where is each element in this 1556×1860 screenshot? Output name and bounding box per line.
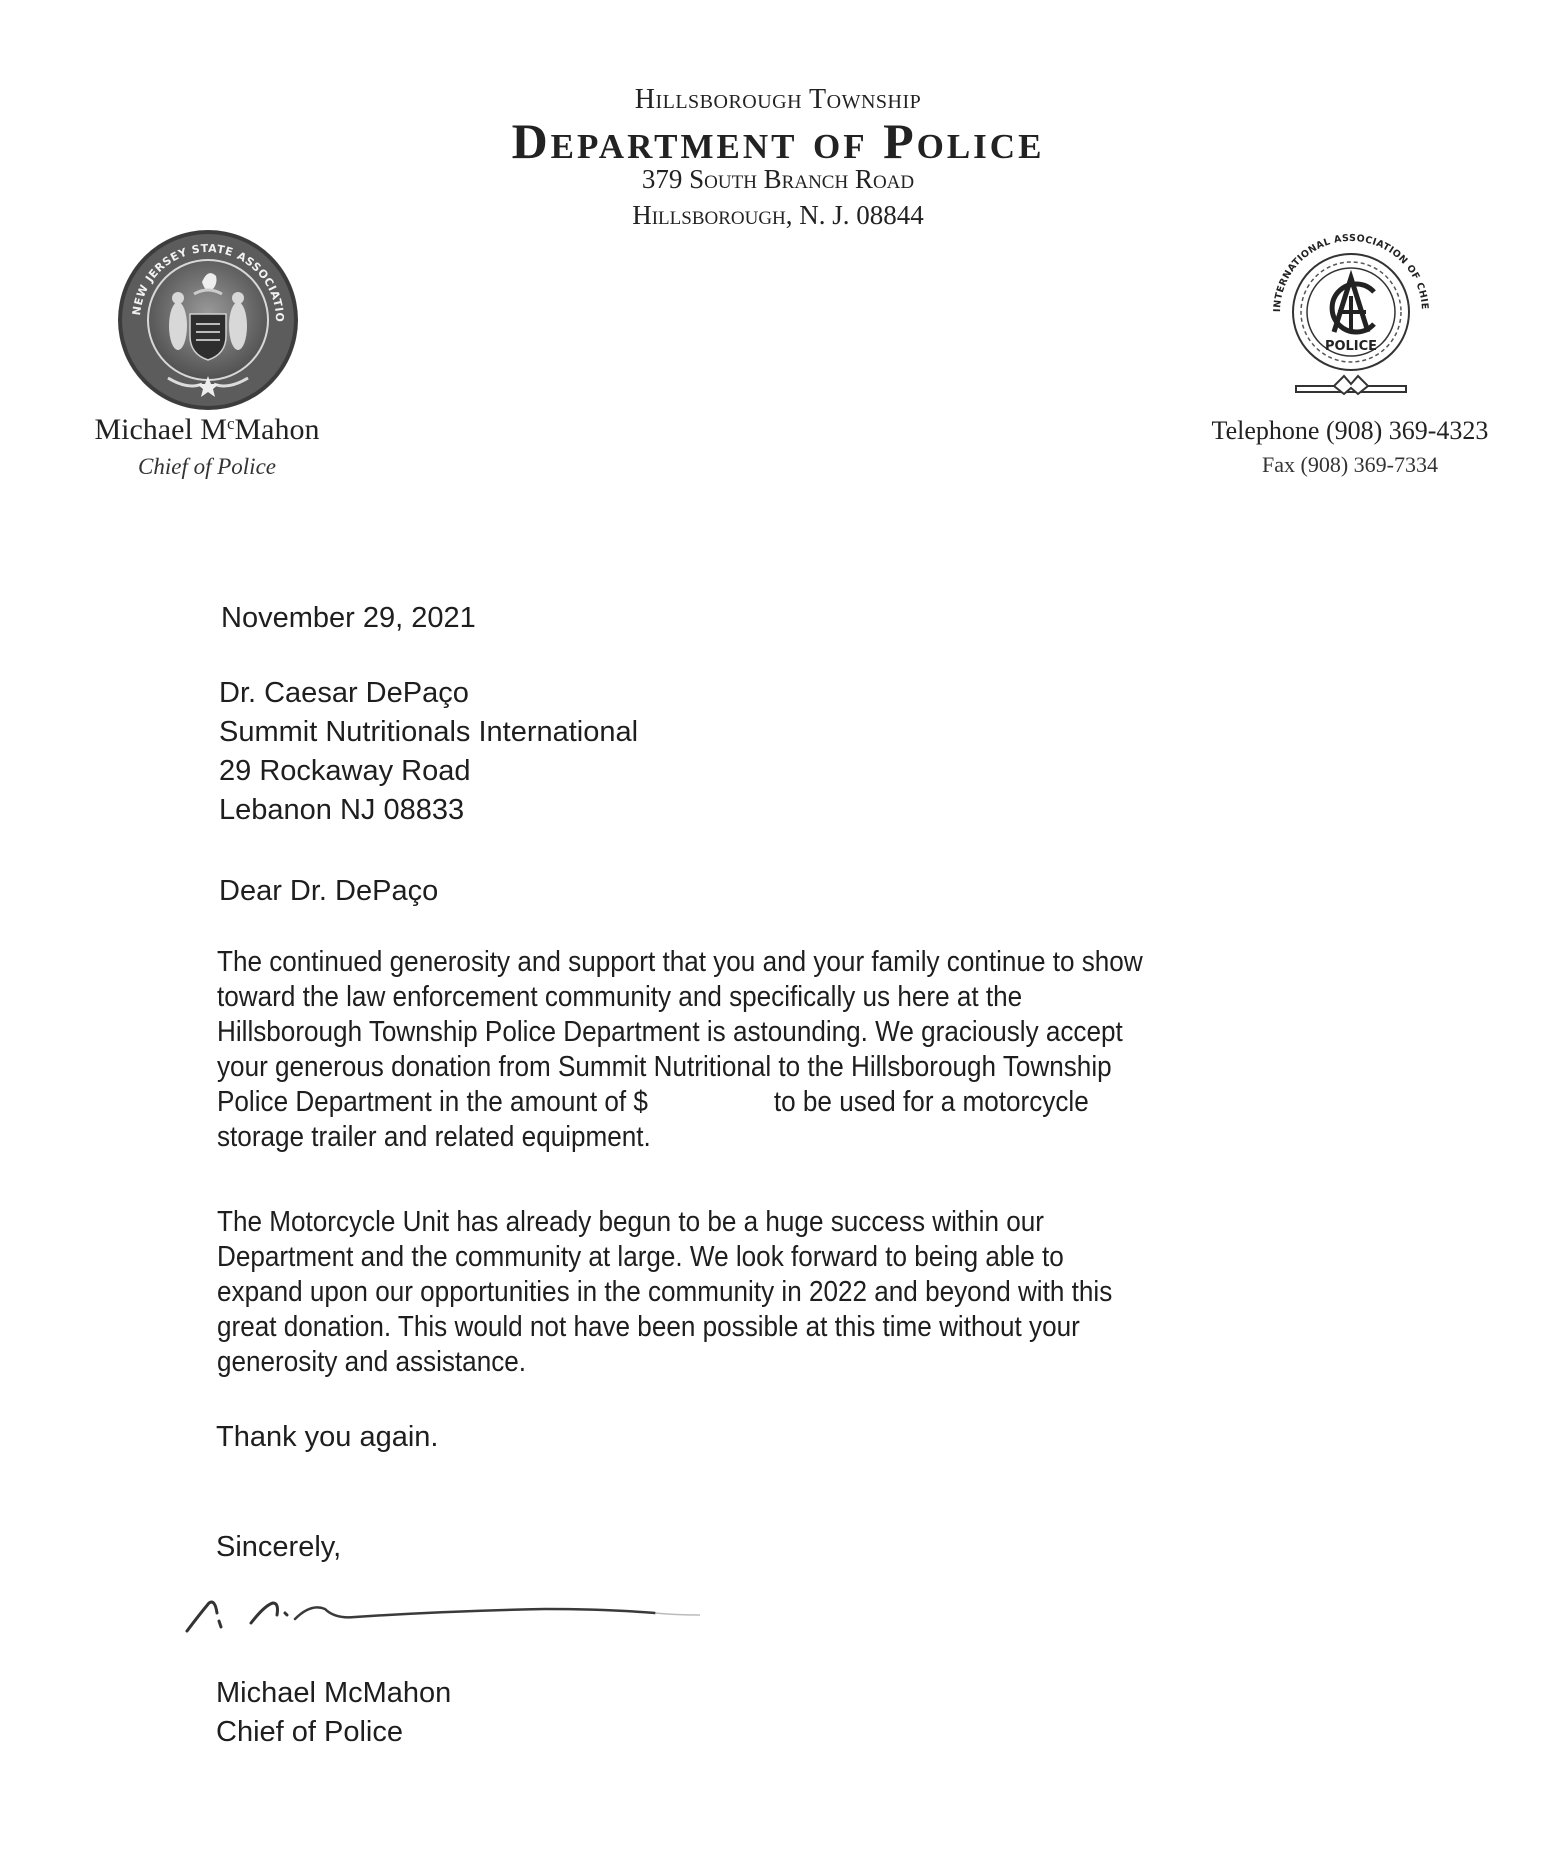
letterhead-fax: Fax (908) 369-7334 (1190, 454, 1510, 476)
paragraph-line: toward the law enforcement community and… (217, 980, 1252, 1015)
recipient-name: Dr. Caesar DePaço (219, 679, 469, 708)
letterhead-department: Department of Police (0, 116, 1556, 166)
signer-name: Michael McMahon (216, 1679, 451, 1708)
paragraph-line: generosity and assistance. (217, 1345, 1252, 1380)
paragraph-line: The Motorcycle Unit has already begun to… (217, 1205, 1252, 1240)
paragraph-line: expand upon our opportunities in the com… (217, 1275, 1252, 1310)
letterhead-address-line2: Hillsborough, N. J. 08844 (0, 202, 1556, 229)
paragraph-line: Police Department in the amount of $to b… (217, 1085, 1252, 1120)
paragraph-donation: The continued generosity and support tha… (217, 945, 1367, 1155)
letterhead-address-line1: 379 South Branch Road (0, 166, 1556, 193)
recipient-company: Summit Nutritionals International (219, 718, 638, 747)
letterhead-township: Hillsborough Township (0, 86, 1556, 114)
signature-icon (185, 1595, 705, 1635)
svg-text:POLICE: POLICE (1325, 339, 1377, 354)
amount-prefix: Police Department in the amount of $ (217, 1086, 648, 1118)
paragraph-line: Department and the community at large. W… (217, 1240, 1252, 1275)
recipient-street: 29 Rockaway Road (219, 757, 470, 786)
letterhead-telephone: Telephone (908) 369-4323 (1190, 418, 1510, 444)
signer-title: Chief of Police (216, 1718, 403, 1747)
thanks-line: Thank you again. (216, 1423, 438, 1452)
paragraph-line: The continued generosity and support tha… (217, 945, 1252, 980)
paragraph-line: storage trailer and related equipment. (217, 1120, 1252, 1155)
salutation: Dear Dr. DePaço (219, 877, 438, 906)
iacp-seal-icon: INTERNATIONAL ASSOCIATION OF CHIEFS OF P… (1262, 226, 1440, 406)
letter-date: November 29, 2021 (221, 604, 476, 633)
paragraph-motorcycle-unit: The Motorcycle Unit has already begun to… (217, 1205, 1367, 1380)
closing: Sincerely, (216, 1533, 341, 1562)
paragraph-line: your generous donation from Summit Nutri… (217, 1050, 1252, 1085)
letterhead-chief-title: Chief of Police (82, 455, 332, 478)
nj-chiefs-seal-icon: NEW JERSEY STATE ASSOCIATION OF CHIEFS O… (116, 228, 300, 412)
amount-suffix: to be used for a motorcycle (774, 1086, 1089, 1118)
paragraph-line: Hillsborough Township Police Department … (217, 1015, 1252, 1050)
recipient-city: Lebanon NJ 08833 (219, 796, 464, 825)
paragraph-line: great donation. This would not have been… (217, 1310, 1252, 1345)
letterhead-chief-name: Michael McMahon (82, 415, 332, 445)
